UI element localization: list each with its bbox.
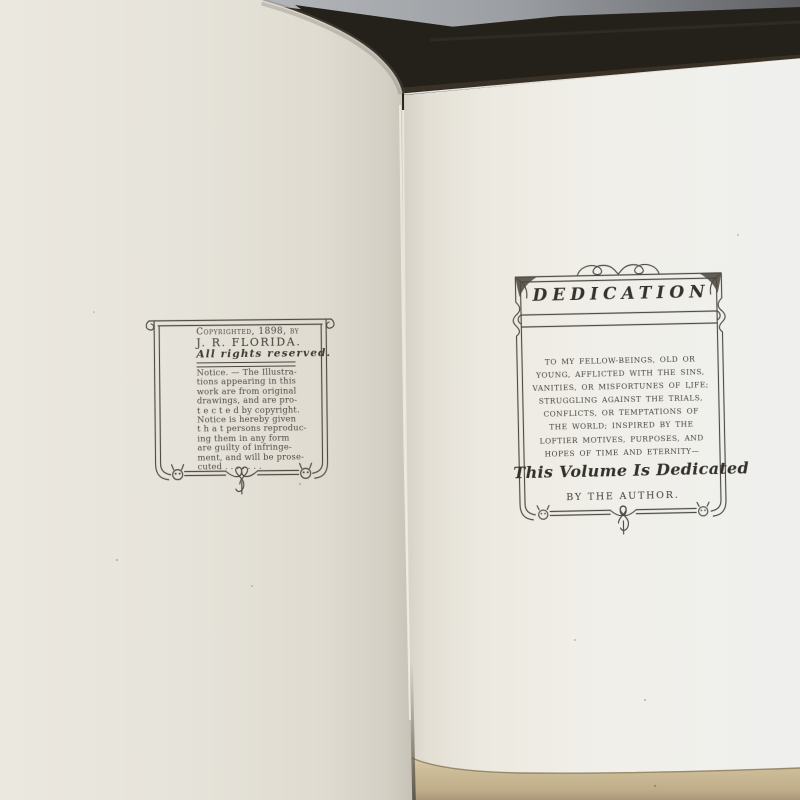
notice-line: cuted . . . . . . . [198,461,304,472]
copyright-notice-panel: Copyrighted, 1898, by J. R. FLORIDA. All… [145,311,337,505]
dedication-panel: DEDICATION TO MY FELLOW-BEINGS, OLD OR Y… [509,260,733,553]
book-photo: Copyrighted, 1898, by J. R. FLORIDA. All… [0,0,800,800]
dedication-body: TO MY FELLOW-BEINGS, OLD OR YOUNG, AFFLI… [519,352,723,461]
notice-paragraph: Notice. — The Illustra- tions appearing … [197,367,304,472]
rights-reserved-line: All rights reserved. [196,347,331,360]
